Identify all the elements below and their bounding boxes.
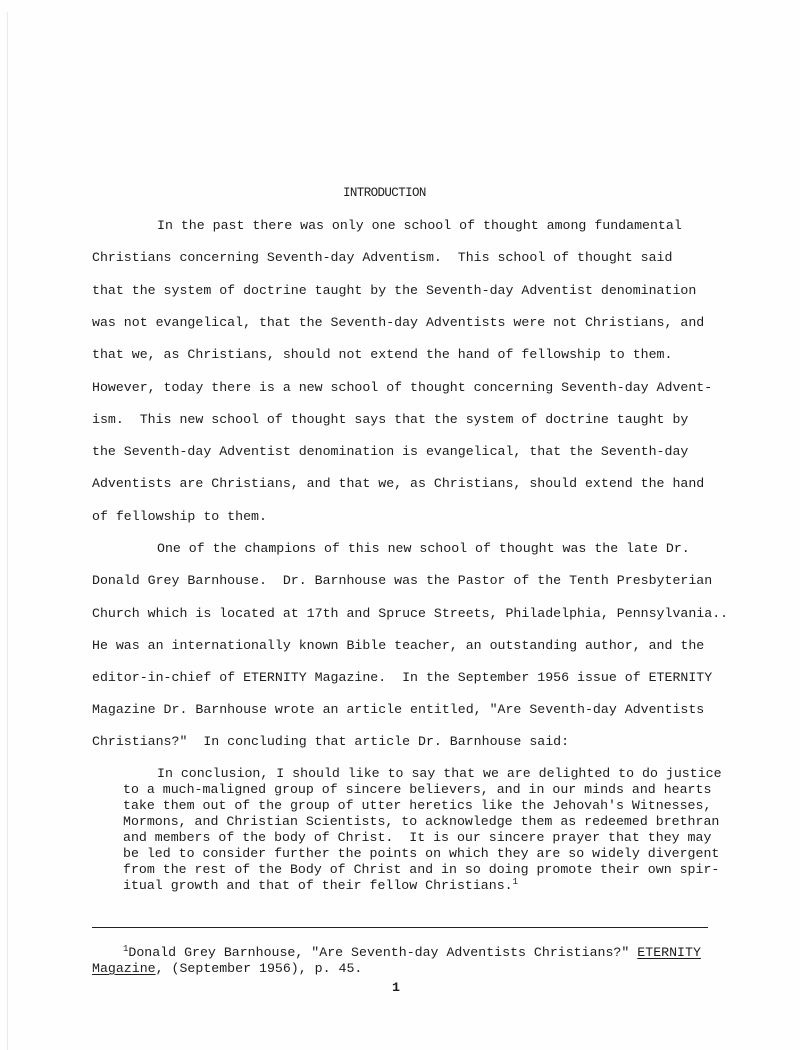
footnote-publication-title: ETERNITY	[637, 945, 701, 960]
document-page: INTRODUCTION In the past there was only …	[0, 0, 800, 1050]
footnote-citation-text: Donald Grey Barnhouse, "Are Seventh-day …	[128, 945, 637, 960]
text-line: Adventists are Christians, and that we, …	[92, 476, 704, 492]
text-line: the Seventh-day Adventist denomination i…	[92, 444, 688, 460]
text-line: Donald Grey Barnhouse. Dr. Barnhouse was…	[92, 573, 712, 589]
text-line: was not evangelical, that the Seventh-da…	[92, 315, 704, 331]
quote-line: Mormons, and Christian Scientists, to ac…	[123, 814, 719, 830]
quote-last-line-text: itual growth and that of their fellow Ch…	[123, 878, 513, 893]
text-line: In the past there was only one school of…	[157, 218, 682, 234]
scan-edge-line	[7, 12, 8, 1050]
text-line: that the system of doctrine taught by th…	[92, 283, 696, 299]
quote-line: and members of the body of Christ. It is…	[123, 830, 711, 846]
text-line: One of the champions of this new school …	[157, 541, 690, 557]
quote-line: to a much-maligned group of sincere beli…	[123, 782, 711, 798]
text-line: Christians?" In concluding that article …	[92, 734, 569, 750]
text-line: that we, as Christians, should not exten…	[92, 347, 672, 363]
footnote-publication-title-cont: Magazine	[92, 961, 156, 976]
footnote-line-1: 1Donald Grey Barnhouse, "Are Seventh-day…	[123, 945, 701, 961]
quote-line: take them out of the group of utter here…	[123, 798, 711, 814]
quote-line: from the rest of the Body of Christ and …	[123, 862, 719, 878]
footnote-reference[interactable]: 1	[513, 877, 518, 887]
text-line: However, today there is a new school of …	[92, 380, 712, 396]
text-line: Church which is located at 17th and Spru…	[92, 606, 728, 622]
text-line: ism. This new school of thought says tha…	[92, 412, 688, 428]
text-line: editor-in-chief of ETERNITY Magazine. In…	[92, 670, 712, 686]
footnote-line-2: Magazine, (September 1956), p. 45.	[92, 961, 362, 977]
text-line: Christians concerning Seventh-day Advent…	[92, 250, 672, 266]
page-number: 1	[392, 980, 400, 996]
section-title: INTRODUCTION	[343, 185, 426, 201]
footnote-marker: 1	[123, 944, 128, 954]
quote-line: In conclusion, I should like to say that…	[157, 766, 722, 782]
text-line: He was an internationally known Bible te…	[92, 638, 704, 654]
quote-line: itual growth and that of their fellow Ch…	[123, 878, 518, 894]
text-line: of fellowship to them.	[92, 509, 267, 525]
footnote-divider	[92, 927, 708, 928]
text-line: Magazine Dr. Barnhouse wrote an article …	[92, 702, 704, 718]
footnote-date-page: , (September 1956), p. 45.	[156, 961, 363, 976]
quote-line: be led to consider further the points on…	[123, 846, 719, 862]
